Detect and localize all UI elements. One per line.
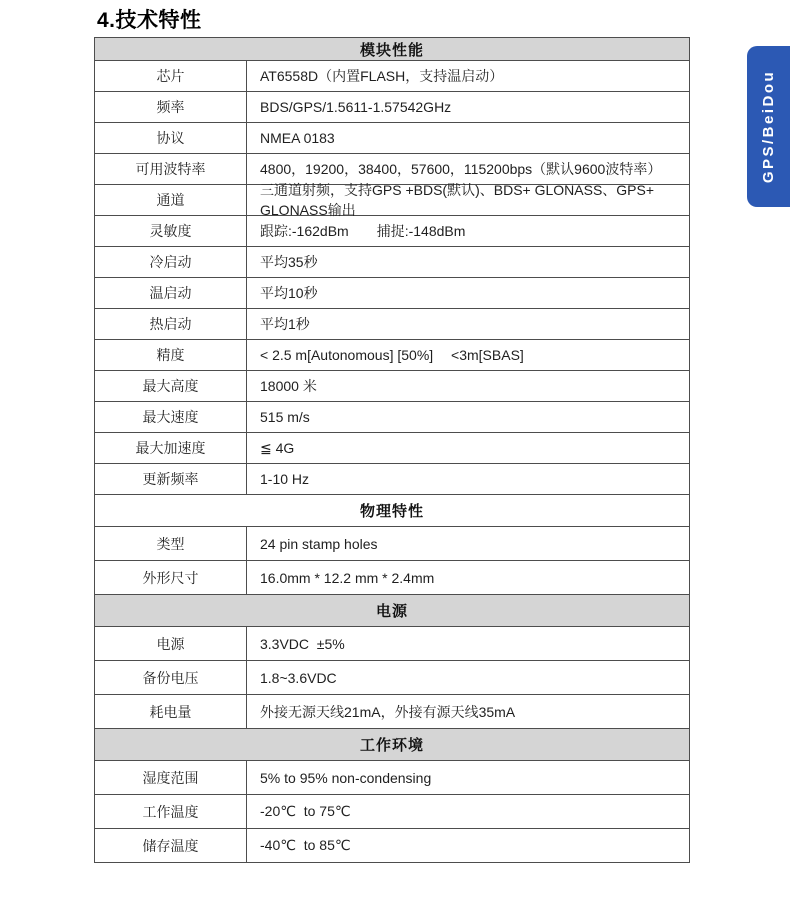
spec-value: ≦ 4G <box>247 433 689 463</box>
spec-value: -40℃ to 85℃ <box>247 829 689 862</box>
table-row: 灵敏度跟踪:-162dBm 捕捉:-148dBm <box>95 215 689 246</box>
table-row: 类型24 pin stamp holes <box>95 526 689 560</box>
spec-value: < 2.5 m[Autonomous] [50%] <3m[SBAS] <box>247 340 689 370</box>
table-row: 芯片AT6558D（内置FLASH，支持温启动） <box>95 60 689 91</box>
table-row: 频率BDS/GPS/1.5611-1.57542GHz <box>95 91 689 122</box>
spec-label: 更新频率 <box>95 464 247 494</box>
spec-label: 备份电压 <box>95 661 247 694</box>
spec-value: -20℃ to 75℃ <box>247 795 689 828</box>
spec-label: 工作温度 <box>95 795 247 828</box>
table-row: 协议NMEA 0183 <box>95 122 689 153</box>
spec-value: 三通道射频，支持GPS +BDS(默认)、BDS+ GLONASS、GPS+ G… <box>247 185 689 215</box>
spec-label: 灵敏度 <box>95 216 247 246</box>
spec-value: 平均1秒 <box>247 309 689 339</box>
table-section: 模块性能芯片AT6558D（内置FLASH，支持温启动）频率BDS/GPS/1.… <box>95 38 689 494</box>
section-header: 电源 <box>95 594 689 626</box>
spec-label: 频率 <box>95 92 247 122</box>
table-row: 最大高度18000 米 <box>95 370 689 401</box>
spec-label: 耗电量 <box>95 695 247 728</box>
spec-label: 协议 <box>95 123 247 153</box>
spec-label: 外形尺寸 <box>95 561 247 594</box>
spec-value: 24 pin stamp holes <box>247 527 689 560</box>
spec-table: 模块性能芯片AT6558D（内置FLASH，支持温启动）频率BDS/GPS/1.… <box>94 37 690 863</box>
spec-value: 跟踪:-162dBm 捕捉:-148dBm <box>247 216 689 246</box>
table-row: 精度< 2.5 m[Autonomous] [50%] <3m[SBAS] <box>95 339 689 370</box>
table-row: 备份电压1.8~3.6VDC <box>95 660 689 694</box>
table-row: 湿度范围5% to 95% non-condensing <box>95 760 689 794</box>
gps-beidou-side-tab: GPS/BeiDou <box>747 46 790 207</box>
section-header: 模块性能 <box>95 38 689 60</box>
spec-value: 外接无源天线21mA，外接有源天线35mA <box>247 695 689 728</box>
spec-value: 1-10 Hz <box>247 464 689 494</box>
spec-value: AT6558D（内置FLASH，支持温启动） <box>247 61 689 91</box>
page-title: 4.技术特性 <box>97 4 202 34</box>
table-section: 工作环境湿度范围5% to 95% non-condensing工作温度-20℃… <box>95 728 689 862</box>
spec-label: 通道 <box>95 185 247 215</box>
spec-label: 冷启动 <box>95 247 247 277</box>
spec-label: 最大速度 <box>95 402 247 432</box>
spec-value: 3.3VDC ±5% <box>247 627 689 660</box>
table-row: 储存温度-40℃ to 85℃ <box>95 828 689 862</box>
table-row: 电源3.3VDC ±5% <box>95 626 689 660</box>
spec-value: 5% to 95% non-condensing <box>247 761 689 794</box>
spec-value: 18000 米 <box>247 371 689 401</box>
spec-value: 1.8~3.6VDC <box>247 661 689 694</box>
spec-value: BDS/GPS/1.5611-1.57542GHz <box>247 92 689 122</box>
spec-label: 温启动 <box>95 278 247 308</box>
side-tab-label: GPS/BeiDou <box>760 70 777 183</box>
spec-label: 精度 <box>95 340 247 370</box>
spec-value: 平均10秒 <box>247 278 689 308</box>
spec-value: 平均35秒 <box>247 247 689 277</box>
spec-value: 16.0mm * 12.2 mm * 2.4mm <box>247 561 689 594</box>
spec-value: NMEA 0183 <box>247 123 689 153</box>
spec-label: 湿度范围 <box>95 761 247 794</box>
table-row: 热启动平均1秒 <box>95 308 689 339</box>
spec-label: 电源 <box>95 627 247 660</box>
table-row: 工作温度-20℃ to 75℃ <box>95 794 689 828</box>
spec-label: 储存温度 <box>95 829 247 862</box>
section-header: 工作环境 <box>95 728 689 760</box>
spec-label: 可用波特率 <box>95 154 247 184</box>
spec-label: 类型 <box>95 527 247 560</box>
table-row: 通道三通道射频，支持GPS +BDS(默认)、BDS+ GLONASS、GPS+… <box>95 184 689 215</box>
table-row: 最大速度515 m/s <box>95 401 689 432</box>
table-row: 外形尺寸16.0mm * 12.2 mm * 2.4mm <box>95 560 689 594</box>
spec-label: 最大高度 <box>95 371 247 401</box>
spec-label: 最大加速度 <box>95 433 247 463</box>
spec-label: 芯片 <box>95 61 247 91</box>
spec-value: 515 m/s <box>247 402 689 432</box>
section-header: 物理特性 <box>95 494 689 526</box>
table-row: 耗电量外接无源天线21mA，外接有源天线35mA <box>95 694 689 728</box>
table-row: 温启动平均10秒 <box>95 277 689 308</box>
table-row: 更新频率1-10 Hz <box>95 463 689 494</box>
table-section: 物理特性类型24 pin stamp holes外形尺寸16.0mm * 12.… <box>95 494 689 594</box>
spec-label: 热启动 <box>95 309 247 339</box>
table-row: 最大加速度≦ 4G <box>95 432 689 463</box>
table-section: 电源电源3.3VDC ±5%备份电压1.8~3.6VDC耗电量外接无源天线21m… <box>95 594 689 728</box>
table-row: 冷启动平均35秒 <box>95 246 689 277</box>
